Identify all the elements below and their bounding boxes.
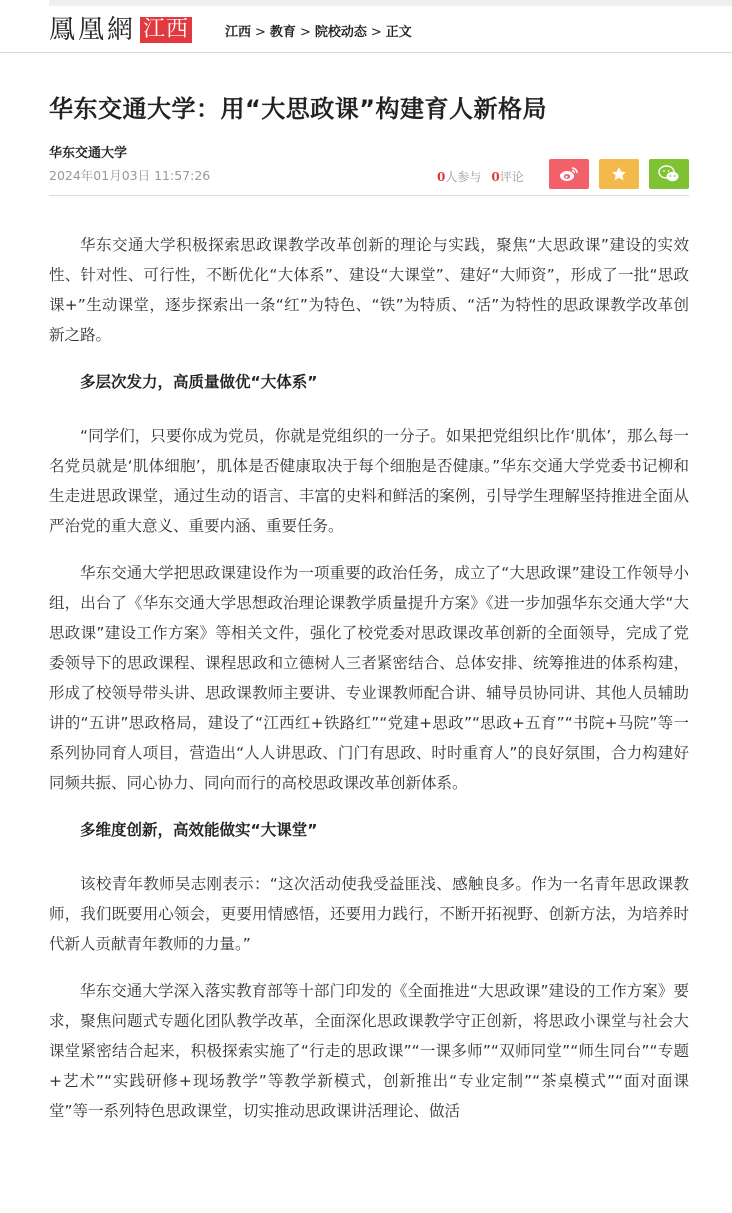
comments-count[interactable]: 0评论: [491, 169, 523, 185]
breadcrumb: 江西 > 教育 > 院校动态 > 正文: [225, 25, 412, 41]
wechat-icon: [658, 165, 680, 183]
logo-region-badge: 江西: [140, 17, 192, 43]
breadcrumb-jiangxi[interactable]: 江西: [225, 25, 251, 41]
engagement-counts: 0人参与 0评论: [437, 169, 524, 185]
article-title: 华东交通大学：用“大思政课”构建育人新格局: [49, 92, 689, 126]
section-subheading: 多维度创新，高效能做实“大课堂”: [49, 815, 689, 845]
article-paragraph: 该校青年教师吴志刚表示：“这次活动使我受益匪浅、感触良多。作为一名青年思政课教师…: [49, 869, 689, 959]
participants-count[interactable]: 0人参与: [437, 169, 481, 185]
weibo-icon: [559, 166, 579, 182]
breadcrumb-separator: >: [371, 25, 382, 41]
section-subheading: 多层次发力，高质量做优“大体系”: [49, 367, 689, 397]
article-paragraph: “同学们，只要你成为党员，你就是党组织的一分子。如果把党组织比作‘肌体’，那么每…: [49, 421, 689, 541]
meta-divider: [49, 195, 689, 196]
article-paragraph: 华东交通大学深入落实教育部等十部门印发的《全面推进“大思政课”建设的工作方案》要…: [49, 976, 689, 1126]
share-wechat-button[interactable]: [649, 159, 689, 189]
breadcrumb-separator: >: [300, 25, 311, 41]
article-paragraph: 华东交通大学积极探索思政课教学改革创新的理论与实践，聚焦“大思政课”建设的实效性…: [49, 230, 689, 350]
article-datetime: 2024年01月03日 11:57:26: [49, 168, 210, 184]
breadcrumb-school-news[interactable]: 院校动态: [315, 25, 367, 41]
star-icon: [611, 166, 627, 182]
breadcrumb-current: 正文: [386, 25, 412, 41]
favorite-button[interactable]: [599, 159, 639, 189]
article-paragraph: 华东交通大学把思政课建设作为一项重要的政治任务，成立了“大思政课”建设工作领导小…: [49, 558, 689, 798]
breadcrumb-education[interactable]: 教育: [270, 25, 296, 41]
article-body: 华东交通大学积极探索思政课教学改革创新的理论与实践，聚焦“大思政课”建设的实效性…: [49, 230, 689, 1143]
breadcrumb-separator: >: [255, 25, 266, 41]
share-weibo-button[interactable]: [549, 159, 589, 189]
article-author: 华东交通大学: [49, 146, 127, 162]
site-logo[interactable]: 鳳凰網 江西: [49, 16, 192, 44]
site-header: 鳳凰網 江西 江西 > 教育 > 院校动态 > 正文: [0, 6, 732, 53]
logo-text: 鳳凰網: [49, 16, 136, 44]
